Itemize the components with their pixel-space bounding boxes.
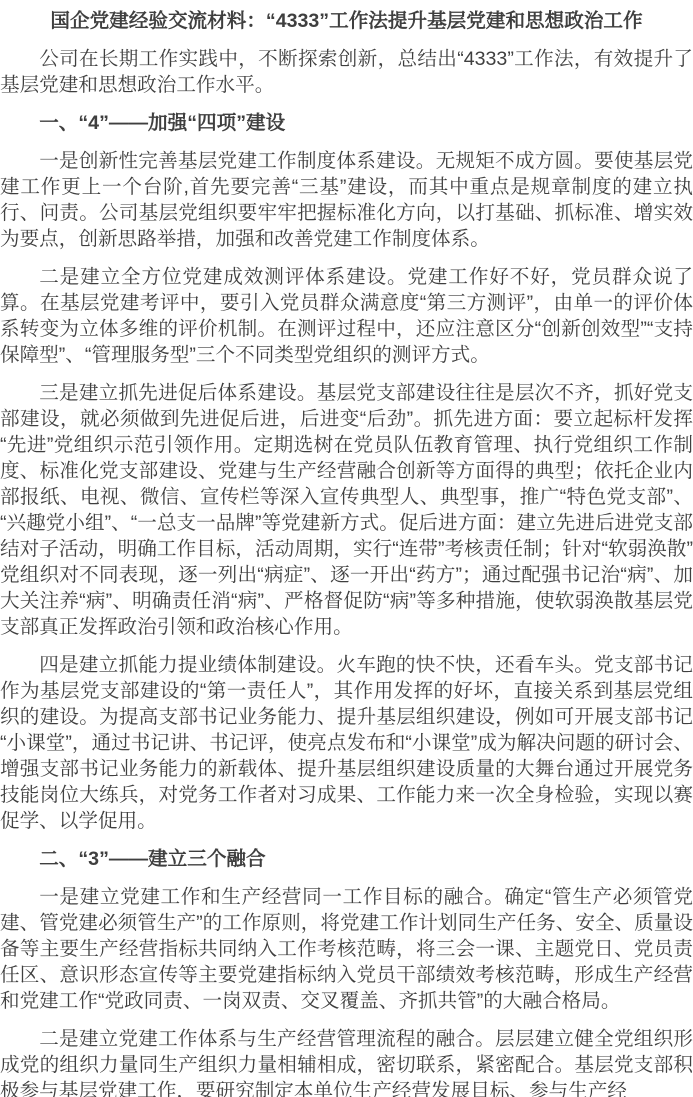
paragraph-section1-item1: 一是创新性完善基层党建工作制度体系建设。无规矩不成方圆。要使基层党建工作更上一个… [0, 148, 693, 252]
document-page: 国企党建经验交流材料：“4333”工作法提升基层党建和思想政治工作 公司在长期工… [0, 0, 693, 1097]
section-heading-1: 一、“4”——加强“四项”建设 [0, 110, 693, 136]
document-title: 国企党建经验交流材料：“4333”工作法提升基层党建和思想政治工作 [0, 8, 693, 34]
paragraph-section2-item1: 一是建立党建工作和生产经营同一工作目标的融合。确定“管生产必须管党建、管党建必须… [0, 884, 693, 1014]
paragraph-section1-item2: 二是建立全方位党建成效测评体系建设。党建工作好不好，党员群众说了算。在基层党建考… [0, 264, 693, 368]
intro-paragraph: 公司在长期工作实践中，不断探索创新，总结出“4333”工作法，有效提升了基层党建… [0, 46, 693, 98]
section-heading-2: 二、“3”——建立三个融合 [0, 846, 693, 872]
paragraph-section1-item4: 四是建立抓能力提业绩体制建设。火车跑的快不快，还看车头。党支部书记作为基层党支部… [0, 652, 693, 834]
paragraph-section2-item2-truncated: 二是建立党建工作体系与生产经营管理流程的融合。层层建立健全党组织形成党的组织力量… [0, 1026, 693, 1097]
paragraph-section1-item3: 三是建立抓先进促后体系建设。基层党支部建设往往是层次不齐，抓好党支部建设，就必须… [0, 380, 693, 640]
